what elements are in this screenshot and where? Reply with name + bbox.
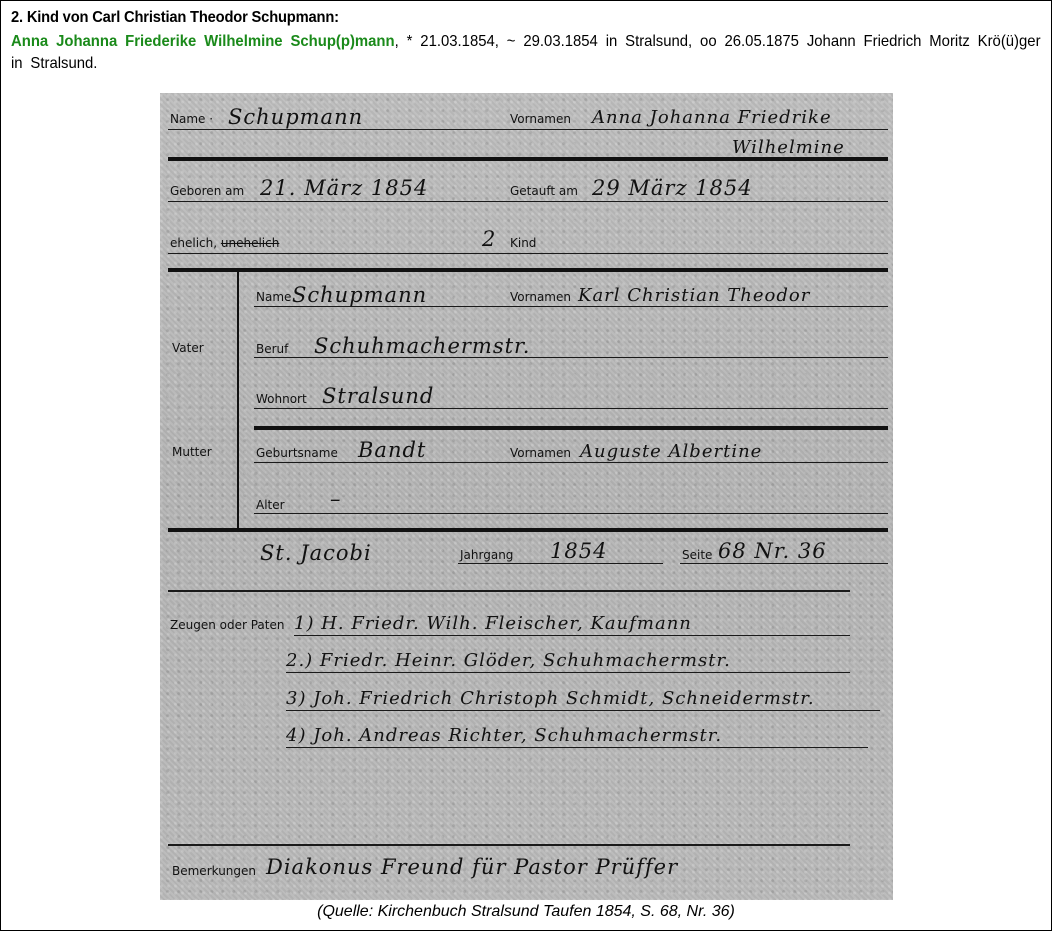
label-ehelich: ehelich, unehelich: [170, 236, 279, 250]
label-kind: Kind: [510, 236, 536, 250]
value-geboren: 21. März 1854: [260, 176, 428, 200]
rule: [286, 710, 880, 711]
rule: [680, 563, 888, 564]
rule: [254, 513, 888, 514]
value-bemerkungen: Diakonus Freund für Pastor Prüffer: [266, 855, 678, 879]
label-zeugen: Zeugen oder Paten: [170, 618, 284, 632]
intro-paragraph: Anna Johanna Friederike Wilhelmine Schup…: [11, 31, 1041, 75]
rule: [168, 129, 888, 130]
rule: [286, 672, 850, 673]
label-name: Name ·: [170, 112, 213, 126]
value-vater-name: Schupmann: [292, 283, 427, 307]
label-alter: Alter: [256, 498, 285, 512]
ehelich-text: ehelich,: [170, 236, 217, 250]
rule: [286, 747, 868, 748]
divider: [168, 590, 850, 592]
label-jahrgang: Jahrgang: [460, 548, 513, 562]
label-vornamen: Vornamen: [510, 112, 571, 126]
value-getauft: 29 März 1854: [592, 176, 753, 200]
section-heading: 2. Kind von Carl Christian Theodor Schup…: [11, 9, 339, 27]
value-wohnort: Stralsund: [322, 384, 434, 408]
value-kirche: St. Jacobi: [260, 541, 372, 565]
value-geburtsname: Bandt: [358, 438, 426, 462]
divider: [168, 528, 888, 532]
value-vornamen-line1: Anna Johanna Friedrike: [592, 107, 832, 128]
label-getauft: Getauft am: [510, 184, 578, 198]
unehelich-struck: unehelich: [221, 236, 279, 250]
value-alter: –: [330, 487, 342, 511]
child-name: Anna Johanna Friederike Wilhelmine Schup…: [11, 33, 395, 50]
divider: [254, 426, 888, 430]
baptism-record-scan: Name · Schupmann Vornamen Anna Johanna F…: [160, 93, 893, 900]
rule: [254, 306, 888, 307]
value-jahrgang: 1854: [550, 539, 607, 563]
label-vater-vornamen: Vornamen: [510, 290, 571, 304]
value-vater-vornamen: Karl Christian Theodor: [578, 285, 810, 306]
zeuge-2: 2.) Friedr. Heinr. Glöder, Schuhmacherms…: [286, 650, 731, 671]
label-wohnort: Wohnort: [256, 392, 307, 406]
label-mutter: Mutter: [172, 445, 212, 459]
label-vater: Vater: [172, 341, 204, 355]
value-beruf: Schuhmachermstr.: [314, 334, 530, 358]
divider: [168, 157, 888, 161]
divider: [168, 844, 850, 846]
rule: [168, 253, 888, 254]
label-vater-name: Name: [256, 290, 291, 304]
rule: [254, 462, 888, 463]
value-seite: 68 Nr. 36: [718, 539, 827, 563]
label-beruf: Beruf: [256, 342, 288, 356]
rule: [254, 357, 888, 358]
label-geburtsname: Geburtsname: [256, 446, 338, 460]
label-geboren: Geboren am: [170, 184, 244, 198]
column-divider: [237, 272, 239, 528]
source-caption: (Quelle: Kirchenbuch Stralsund Taufen 18…: [0, 903, 1052, 921]
value-kind-number: 2: [482, 227, 496, 251]
value-vornamen-line2: Wilhelmine: [732, 137, 845, 158]
rule: [458, 563, 663, 564]
rule: [294, 635, 850, 636]
value-name: Schupmann: [228, 105, 363, 129]
rule: [168, 201, 888, 202]
zeuge-3: 3) Joh. Friedrich Christoph Schmidt, Sch…: [286, 688, 815, 709]
label-seite: Seite: [682, 548, 712, 562]
label-bemerkungen: Bemerkungen: [172, 864, 256, 878]
divider: [168, 268, 888, 272]
label-mutter-vornamen: Vornamen: [510, 446, 571, 460]
zeuge-4: 4) Joh. Andreas Richter, Schuhmachermstr…: [286, 725, 722, 746]
zeuge-1: 1) H. Friedr. Wilh. Fleischer, Kaufmann: [294, 613, 692, 634]
value-mutter-vornamen: Auguste Albertine: [580, 441, 762, 462]
rule: [254, 408, 888, 409]
